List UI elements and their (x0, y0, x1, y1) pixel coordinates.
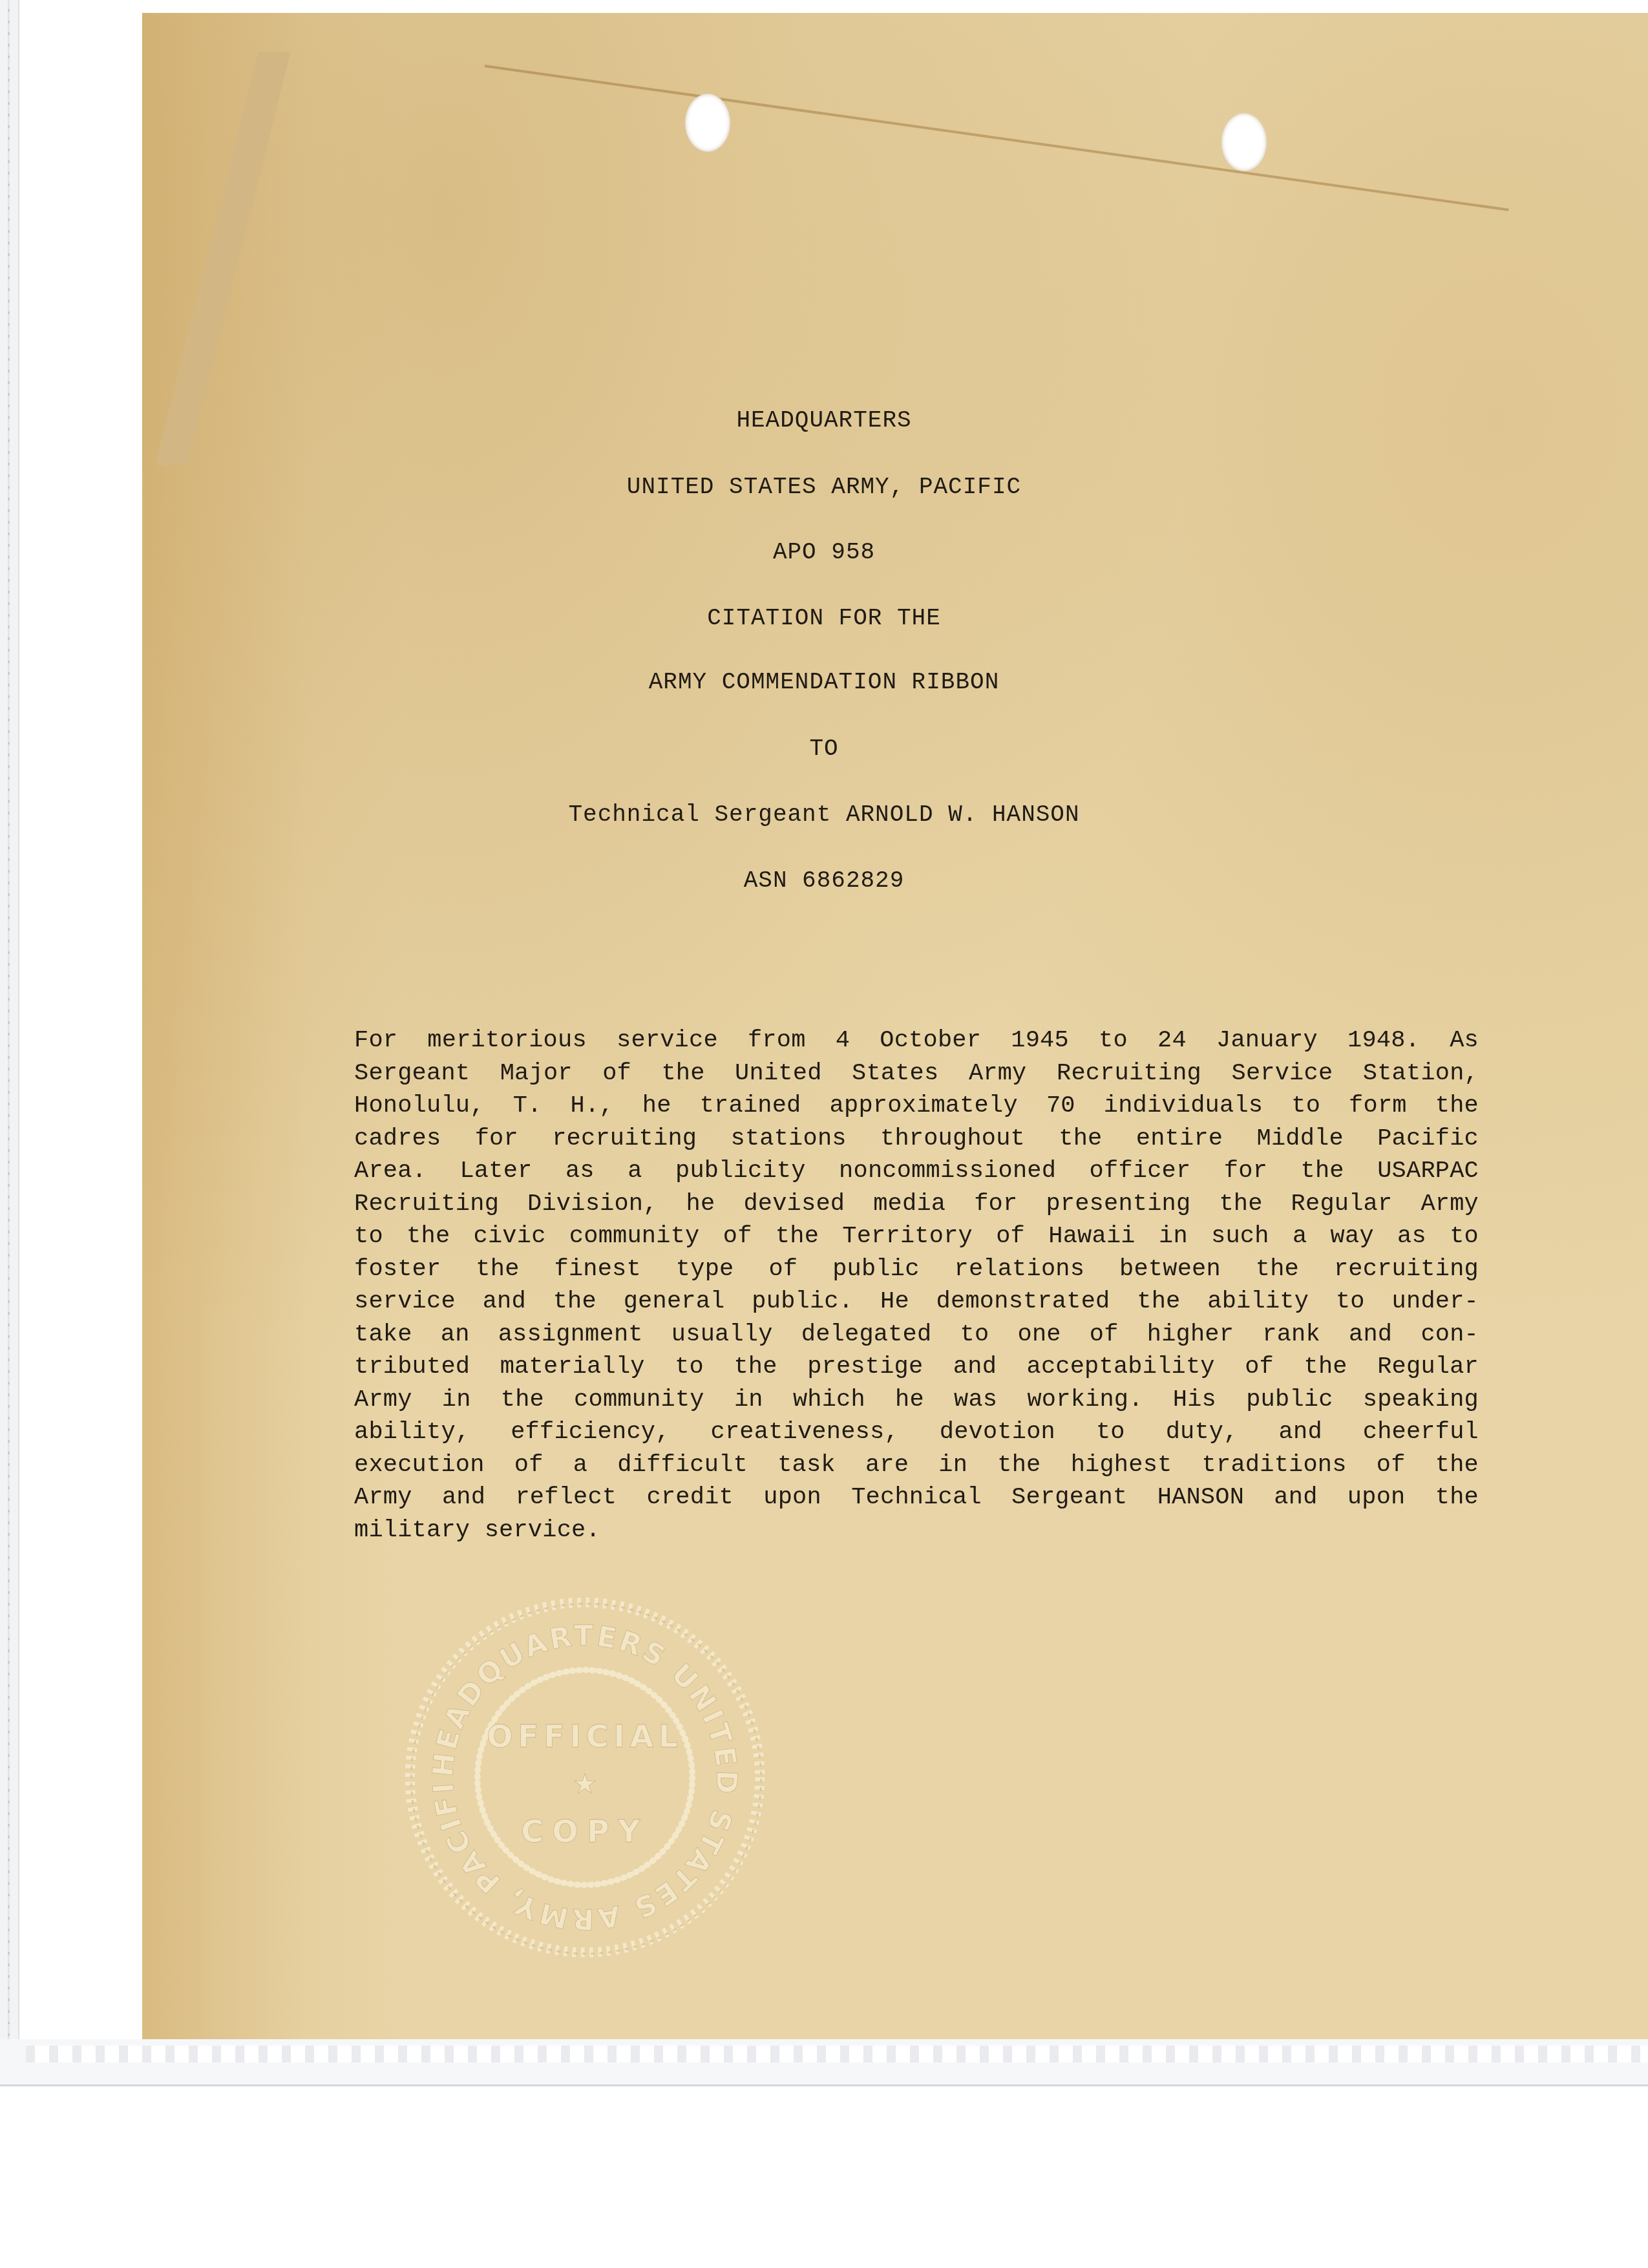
body-line: take an assignment usually delegated to … (354, 1319, 1479, 1351)
body-line: to the civic community of the Territory … (354, 1220, 1479, 1253)
punch-hole (1221, 113, 1267, 171)
recipient-serial: ASN 6862829 (0, 867, 1648, 894)
heading-citation: CITATION FOR THE (0, 605, 1648, 631)
body-line: Honolulu, T. H., he trained approximatel… (354, 1090, 1479, 1123)
body-line: foster the finest type of public relatio… (354, 1253, 1479, 1286)
body-line: tributed materially to the prestige and … (354, 1351, 1479, 1384)
recipient-name: Technical Sergeant ARNOLD W. HANSON (0, 801, 1648, 828)
embossed-official-seal: HEADQUARTERS UNITED STATES ARMY, PACIFIC… (401, 1593, 769, 1962)
body-line: Army and reflect credit upon Technical S… (354, 1481, 1479, 1514)
heading-award: ARMY COMMENDATION RIBBON (0, 669, 1648, 695)
body-line: cadres for recruiting stations throughou… (354, 1123, 1479, 1156)
star-icon: ★ (573, 1768, 597, 1799)
torn-corner (155, 52, 291, 465)
body-line: execution of a difficult task are in the… (354, 1449, 1479, 1482)
sleeve-edge-left (0, 0, 19, 2081)
seal-official: OFFICIAL (487, 1719, 682, 1755)
heading-headquarters: HEADQUARTERS (0, 407, 1648, 434)
body-line: ability, efficiency, creativeness, devot… (354, 1416, 1479, 1449)
heading-to: TO (0, 736, 1648, 762)
body-line: service and the general public. He demon… (354, 1286, 1479, 1319)
body-line: Area. Later as a publicity noncommission… (354, 1155, 1479, 1188)
body-line: Recruiting Division, he devised media fo… (354, 1188, 1479, 1221)
body-line: Army in the community in which he was wo… (354, 1384, 1479, 1417)
body-line: Sergeant Major of the United States Army… (354, 1057, 1479, 1090)
body-line: military service. (354, 1514, 1479, 1547)
body-line: For meritorious service from 4 October 1… (354, 1024, 1479, 1057)
punch-hole (685, 94, 730, 152)
heading-command: UNITED STATES ARMY, PACIFIC (0, 474, 1648, 500)
seal-graphic: HEADQUARTERS UNITED STATES ARMY, PACIFIC… (401, 1593, 769, 1962)
sleeve-edge-bottom (0, 2039, 1648, 2086)
citation-body: For meritorious service from 4 October 1… (354, 1024, 1479, 1547)
seal-copy: COPY (521, 1814, 649, 1850)
fold-crease (485, 65, 1509, 211)
heading-apo: APO 958 (0, 539, 1648, 566)
